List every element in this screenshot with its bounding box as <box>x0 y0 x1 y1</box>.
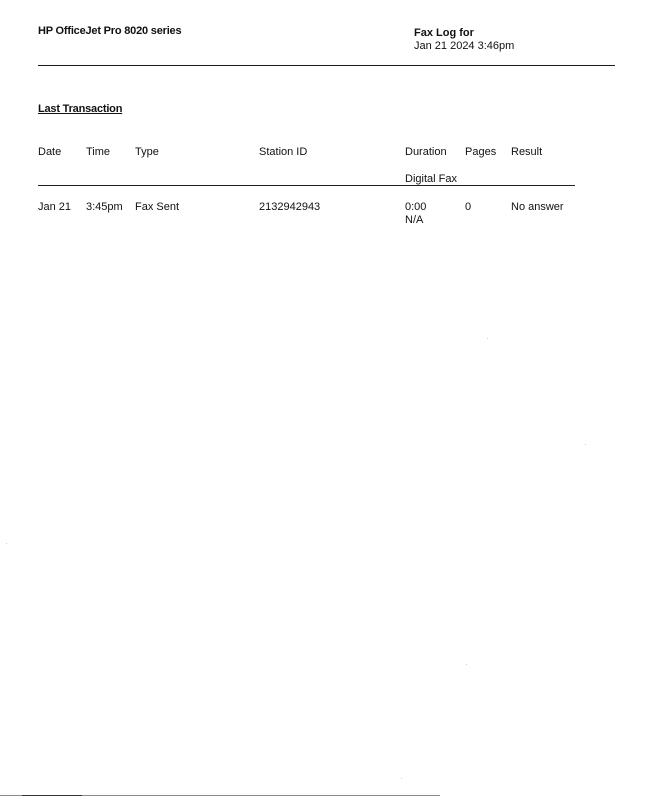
printer-model: HP OfficeJet Pro 8020 series <box>38 25 181 37</box>
cell-station-id: 2132942943 <box>259 201 320 213</box>
scan-speck <box>466 664 467 665</box>
cell-result: No answer <box>511 201 564 213</box>
column-header-result: Result <box>511 146 542 158</box>
header-divider <box>38 65 615 66</box>
log-title: Fax Log for <box>414 27 474 39</box>
column-header-pages: Pages <box>465 146 496 158</box>
cell-pages: 0 <box>465 201 471 213</box>
column-header-type: Type <box>135 146 159 158</box>
cell-digital-fax: N/A <box>405 214 423 226</box>
scan-speck <box>585 444 586 445</box>
scan-speck <box>401 778 402 779</box>
log-datetime: Jan 21 2024 3:46pm <box>414 40 514 52</box>
scan-speck <box>6 543 7 544</box>
column-header-station-id: Station ID <box>259 146 307 158</box>
cell-time: 3:45pm <box>86 201 123 213</box>
column-subheader-digital-fax: Digital Fax <box>405 173 457 185</box>
table-header-divider <box>38 185 575 186</box>
section-title: Last Transaction <box>38 103 122 115</box>
column-header-duration: Duration <box>405 146 447 158</box>
footer-scan-line-dark <box>22 795 82 796</box>
scan-speck <box>487 338 488 339</box>
column-header-date: Date <box>38 146 61 158</box>
cell-duration: 0:00 <box>405 201 426 213</box>
column-header-time: Time <box>86 146 110 158</box>
cell-date: Jan 21 <box>38 201 71 213</box>
cell-type: Fax Sent <box>135 201 179 213</box>
